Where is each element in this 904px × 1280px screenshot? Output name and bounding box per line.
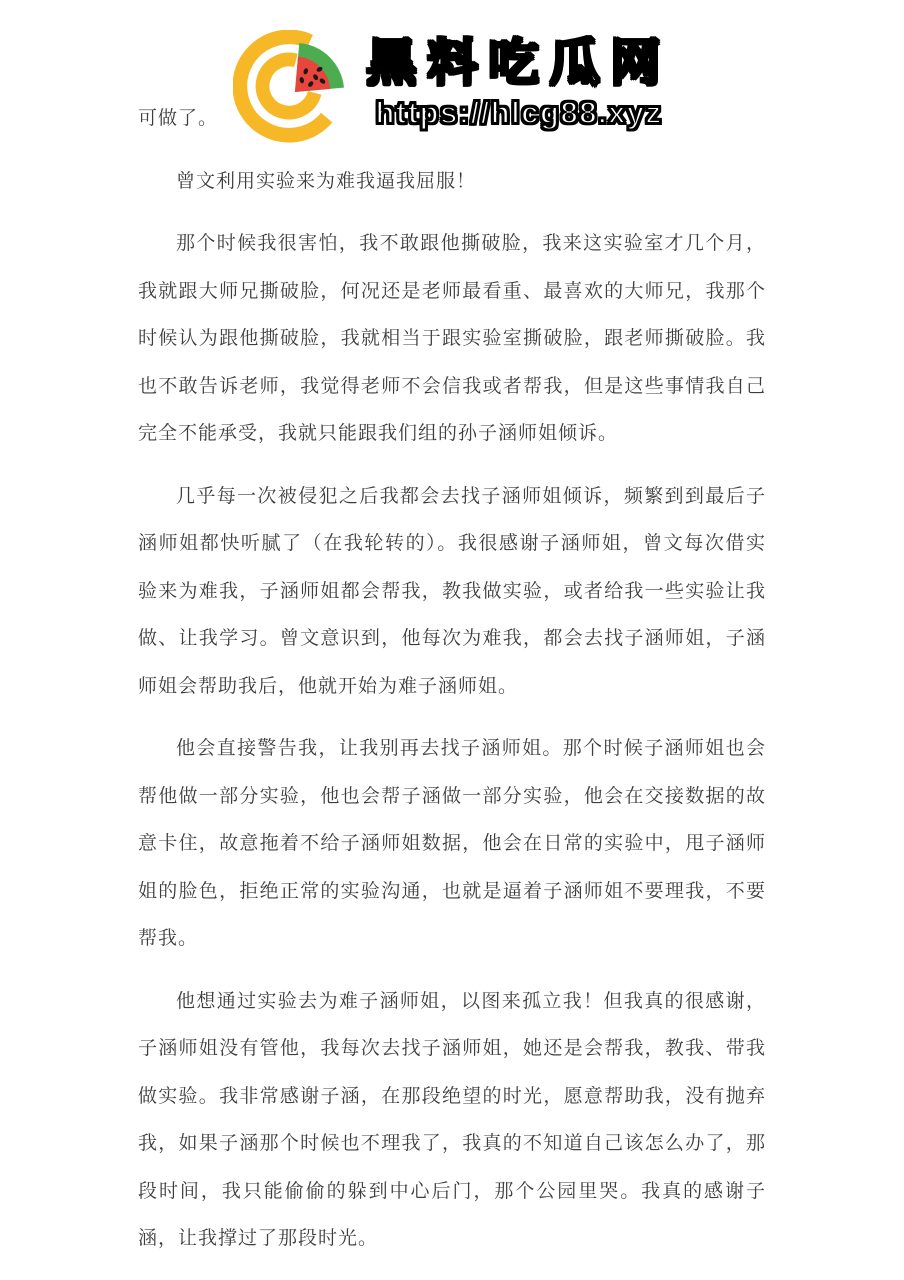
watermelon-seed-icon [315, 66, 323, 73]
watermelon-flesh-icon [294, 57, 329, 92]
watermelon-seed-icon [302, 68, 308, 75]
paragraph: 几乎每一次被侵犯之后我都会去找子涵师姐倾诉，频繁到到最后子涵师姐都快听腻了（在我… [138, 473, 766, 711]
watermelon-rind-icon [294, 43, 343, 92]
watermelon-seed-icon [318, 77, 326, 84]
paragraph: 他会直接警告我，让我别再去找子涵师姐。那个时候子涵师姐也会帮他做一部分实验，他也… [138, 725, 766, 963]
paragraph: 曾文利用实验来为难我逼我屈服！ [138, 158, 766, 206]
watermelon-seed-icon [307, 80, 314, 88]
watermelon-seed-icon [298, 77, 304, 84]
paragraph: 那个时候我很害怕，我不敢跟他撕破脸，我来这实验室才几个月，我就跟大师兄撕破脸，何… [138, 220, 766, 458]
document-page: 黑料吃瓜网 https://hlcg88.xyz 可做了。 曾文利用实验来为难我… [0, 0, 904, 1280]
paragraph: 可做了。 [138, 95, 766, 143]
watermelon-seed-icon [312, 73, 319, 81]
site-name: 黑料吃瓜网 [367, 36, 672, 91]
article-body: 可做了。 曾文利用实验来为难我逼我屈服！ 那个时候我很害怕，我不敢跟他撕破脸，我… [138, 95, 766, 1278]
paragraph: 他想通过实验去为难子涵师姐，以图来孤立我！但我真的很感谢，子涵师姐没有管他，我每… [138, 978, 766, 1263]
